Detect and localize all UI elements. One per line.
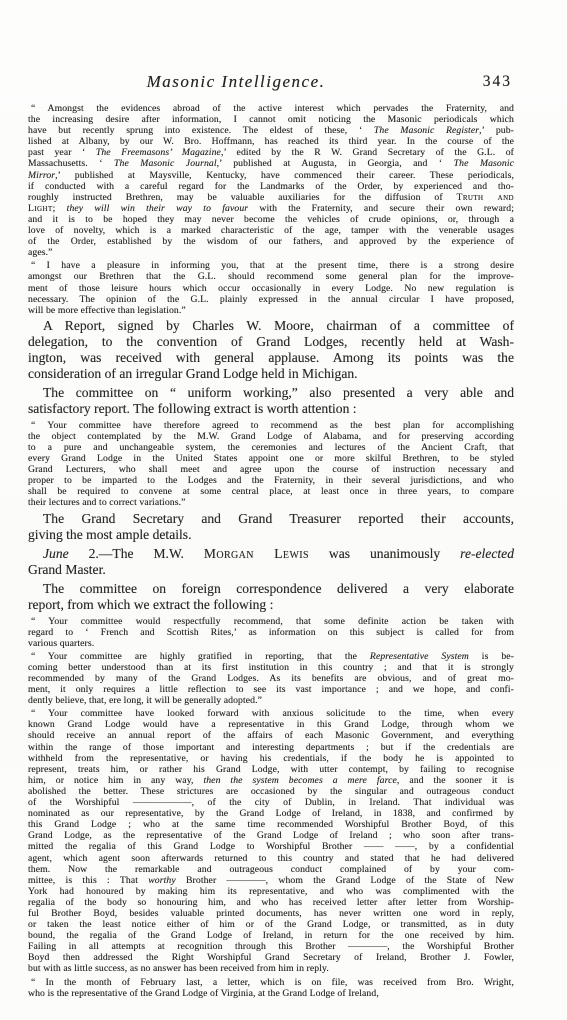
text-segment: The committee on “ uniform working,” als… bbox=[43, 385, 514, 400]
text-line: love of novelty, which is a marked chara… bbox=[28, 225, 514, 236]
text-segment: agent, which agent soon afterwards retur… bbox=[28, 853, 514, 864]
text-segment: giving the most ample details. bbox=[28, 527, 191, 542]
paragraph: “ Your committee would respectfully reco… bbox=[28, 616, 514, 649]
text-segment: of the Order, established by the wisdom … bbox=[28, 236, 514, 247]
text-line: Light; they will win their way to favour… bbox=[28, 203, 514, 214]
text-line: withheld from the representative, or hav… bbox=[28, 753, 514, 764]
text-line: but with as little success, as no answer… bbox=[28, 963, 514, 974]
text-segment: 2.—The M.W. bbox=[69, 546, 204, 561]
text-segment: the increasing desire after information,… bbox=[28, 114, 514, 125]
text-segment: Light bbox=[28, 203, 53, 214]
text-segment: delegation, to the convention of Grand L… bbox=[28, 334, 514, 349]
text-segment: but with as little success, as no answer… bbox=[28, 963, 329, 974]
paragraph: “ Your committee have therefore agreed t… bbox=[28, 420, 514, 509]
text-segment: him, or notice him in any way, bbox=[28, 775, 203, 786]
text-line: lished at Albany, by our W. Bro. Hoffman… bbox=[28, 136, 514, 147]
text-segment: “ In the month of February last, a lette… bbox=[31, 977, 514, 988]
text-segment: lished at Albany, by our W. Bro. Hoffman… bbox=[28, 136, 514, 147]
text-segment: will be more effective than legislation.… bbox=[28, 305, 186, 316]
text-segment: if conducted with a careful regard for t… bbox=[28, 181, 514, 192]
text-line: “ In the month of February last, a lette… bbox=[28, 977, 514, 988]
text-line: ment, it only requires a little reflecti… bbox=[28, 684, 514, 695]
paragraph: June 2.—The M.W. Morgan Lewis was unanim… bbox=[28, 546, 514, 578]
text-segment: worthy bbox=[148, 875, 176, 886]
text-segment: or taken the least notice either of him … bbox=[28, 919, 514, 930]
text-line: to a pure and unchangeable system, the c… bbox=[28, 442, 514, 453]
text-segment: “ Amongst the evidences abroad of the ac… bbox=[31, 103, 514, 114]
text-segment: should receive an annual report of the a… bbox=[28, 730, 514, 741]
text-segment: recommended by many of the Grand Lodges.… bbox=[28, 673, 514, 684]
text-line: abolished the better. These strictures a… bbox=[28, 786, 514, 797]
text-line: recommended by many of the Grand Lodges.… bbox=[28, 673, 514, 684]
text-line: Mirror,’ published at Maysville, Kentuck… bbox=[28, 170, 514, 181]
text-segment: regalia of the body so honouring him, an… bbox=[28, 897, 514, 908]
text-segment: The Grand Secretary and Grand Treasurer … bbox=[43, 511, 514, 526]
text-line: this Grand Lodge ; who at the same time … bbox=[28, 819, 514, 830]
text-segment: every Grand Lodge in the United States a… bbox=[28, 453, 514, 464]
text-segment: they will win their way to favour bbox=[67, 203, 248, 214]
text-segment: “ Your committee would respectfully reco… bbox=[31, 616, 514, 627]
text-line: “ Amongst the evidences abroad of the ac… bbox=[28, 103, 514, 114]
text-segment: shall be required to convene at some cen… bbox=[28, 486, 514, 497]
text-segment: have but recently sprung into existence.… bbox=[28, 125, 374, 136]
text-segment: The Freemasons’ Magazine bbox=[96, 147, 221, 158]
text-segment: Representative System bbox=[370, 651, 469, 662]
text-segment: “ Your committee have therefore agreed t… bbox=[31, 420, 514, 431]
text-line: ages.” bbox=[28, 247, 514, 258]
text-line: proper to be imparted to the Lodges and … bbox=[28, 475, 514, 486]
text-line: The committee on “ uniform working,” als… bbox=[28, 385, 514, 401]
text-segment: ington, was received with general applau… bbox=[28, 350, 514, 365]
text-line: A Report, signed by Charles W. Moore, ch… bbox=[28, 318, 514, 334]
text-line: York had honoured by making him its repr… bbox=[28, 886, 514, 897]
text-segment: withheld from the representative, or hav… bbox=[28, 753, 514, 764]
text-segment: and it is to be hoped they may never bec… bbox=[28, 214, 514, 225]
text-segment: “ I have a pleasure in informing you, th… bbox=[31, 260, 514, 271]
text-segment: “ Your committee have looked forward wit… bbox=[31, 708, 514, 719]
page-number: 343 bbox=[483, 73, 512, 91]
text-line: shall be required to convene at some cen… bbox=[28, 486, 514, 497]
text-line: report, from which we extract the follow… bbox=[28, 597, 514, 613]
text-segment: ment, it only requires a little reflecti… bbox=[28, 684, 514, 695]
text-segment: necessary. The opinion of the G.L. plain… bbox=[28, 294, 514, 305]
scanned-book-page: { "header": { "title": "Masonic Intellig… bbox=[0, 0, 567, 1020]
text-line: “ Your committee would respectfully reco… bbox=[28, 616, 514, 627]
text-line: satisfactory report. The following extra… bbox=[28, 401, 514, 417]
text-segment: Boyd then addressed the Right Worshipful… bbox=[28, 952, 514, 963]
text-segment: Brother ————, whom the Grand Lodge of th… bbox=[176, 875, 514, 886]
text-segment: Failing in all attempts at recognition t… bbox=[28, 941, 514, 952]
page-title: Masonic Intelligence. bbox=[28, 72, 514, 92]
text-line: mittee, is this : That worthy Brother ——… bbox=[28, 875, 514, 886]
text-line: Grand Lodge, as the representative of th… bbox=[28, 830, 514, 841]
text-segment: “ Your committee are highly gratified in… bbox=[31, 651, 370, 662]
text-line: coming better understood than at its fir… bbox=[28, 662, 514, 673]
text-segment: proper to be imparted to the Lodges and … bbox=[28, 475, 514, 486]
text-line: the increasing desire after information,… bbox=[28, 114, 514, 125]
text-line: delegation, to the convention of Grand L… bbox=[28, 334, 514, 350]
text-line: should receive an annual report of the a… bbox=[28, 730, 514, 741]
text-segment: ,’ published at Augusta, in Georgia, and… bbox=[217, 158, 454, 169]
text-segment: consideration of an irregular Grand Lodg… bbox=[28, 366, 358, 381]
paragraph: “ I have a pleasure in informing you, th… bbox=[28, 260, 514, 315]
text-line: regard to ‘ French and Scottish Rites,’ … bbox=[28, 627, 514, 638]
text-line: nominated as our representative, by the … bbox=[28, 808, 514, 819]
text-line: within the range of those important and … bbox=[28, 742, 514, 753]
text-line: of the Worshipful ——————, of the city of… bbox=[28, 797, 514, 808]
text-segment: Mirror bbox=[28, 170, 55, 181]
page-text: “ Amongst the evidences abroad of the ac… bbox=[28, 103, 514, 999]
text-segment: The Masonic bbox=[454, 158, 514, 169]
text-segment: them. Now the remarkable and outrageous … bbox=[28, 864, 514, 875]
text-line: ment of those leisure hours which occur … bbox=[28, 283, 514, 294]
text-segment: love of novelty, which is a marked chara… bbox=[28, 225, 514, 236]
text-segment: ; bbox=[53, 203, 67, 214]
text-line: the object contemplated by the M.W. Gran… bbox=[28, 431, 514, 442]
text-line: necessary. The opinion of the G.L. plain… bbox=[28, 294, 514, 305]
text-line: mitted the regalia of this Grand Lodge t… bbox=[28, 841, 514, 852]
paragraph: The committee on “ uniform working,” als… bbox=[28, 385, 514, 417]
paragraph: “ Your committee have looked forward wit… bbox=[28, 708, 514, 974]
text-segment: Grand Lodge, as the representative of th… bbox=[28, 830, 514, 841]
paragraph: “ Amongst the evidences abroad of the ac… bbox=[28, 103, 514, 258]
text-segment: within the range of those important and … bbox=[28, 742, 514, 753]
text-segment: amongst our Brethren that the G.L. shoul… bbox=[28, 271, 514, 282]
text-line: or taken the least notice either of him … bbox=[28, 919, 514, 930]
text-segment: June bbox=[43, 546, 69, 561]
text-segment: Grand Lecturers, who shall meet and agre… bbox=[28, 464, 514, 475]
text-segment: with the Fraternity, and secure their ow… bbox=[248, 203, 514, 214]
text-segment: The Masonic Register bbox=[374, 125, 479, 136]
text-segment: Truth and bbox=[457, 192, 514, 203]
text-line: Boyd then addressed the Right Worshipful… bbox=[28, 952, 514, 963]
text-segment: bound, the regalia of the Grand Lodge of… bbox=[28, 930, 514, 941]
text-segment: abolished the better. These strictures a… bbox=[28, 786, 514, 797]
text-segment: ages.” bbox=[28, 247, 53, 258]
text-line: him, or notice him in any way, then the … bbox=[28, 775, 514, 786]
text-line: every Grand Lodge in the United States a… bbox=[28, 453, 514, 464]
text-line: of the Order, established by the wisdom … bbox=[28, 236, 514, 247]
text-line: “ I have a pleasure in informing you, th… bbox=[28, 260, 514, 271]
text-line: ington, was received with general applau… bbox=[28, 350, 514, 366]
text-segment: mittee, is this : That bbox=[28, 875, 148, 886]
text-segment: ment of those leisure hours which occur … bbox=[28, 283, 514, 294]
text-segment: Massachusetts. ‘ bbox=[28, 158, 114, 169]
paragraph: “ Your committee are highly gratified in… bbox=[28, 651, 514, 706]
text-line: Grand Master. bbox=[28, 562, 514, 578]
text-segment: satisfactory report. The following extra… bbox=[28, 401, 357, 416]
text-line: “ Your committee are highly gratified in… bbox=[28, 651, 514, 662]
text-segment: regard to ‘ French and Scottish Rites,’ … bbox=[28, 627, 514, 638]
text-segment: Morgan Lewis bbox=[204, 546, 309, 561]
text-segment: ,’ pub- bbox=[479, 125, 514, 136]
text-line: who is the representative of the Grand L… bbox=[28, 988, 514, 999]
text-line: them. Now the remarkable and outrageous … bbox=[28, 864, 514, 875]
text-line: have but recently sprung into existence.… bbox=[28, 125, 514, 136]
page-column: Masonic Intelligence. 343 “ Amongst the … bbox=[28, 72, 514, 1001]
text-line: various quarters. bbox=[28, 638, 514, 649]
text-segment: the object contemplated by the M.W. Gran… bbox=[28, 431, 514, 442]
text-segment: various quarters. bbox=[28, 638, 94, 649]
text-line: amongst our Brethren that the G.L. shoul… bbox=[28, 271, 514, 282]
text-segment: who is the representative of the Grand L… bbox=[28, 988, 379, 999]
text-segment: of the Worshipful ——————, of the city of… bbox=[28, 797, 514, 808]
text-segment: was unanimously bbox=[309, 546, 460, 561]
text-line: The committee on foreign correspondence … bbox=[28, 581, 514, 597]
text-line: “ Your committee have therefore agreed t… bbox=[28, 420, 514, 431]
paragraph: The Grand Secretary and Grand Treasurer … bbox=[28, 511, 514, 543]
text-line: June 2.—The M.W. Morgan Lewis was unanim… bbox=[28, 546, 514, 562]
text-segment: represent, treats him, or rather his Gra… bbox=[28, 764, 514, 775]
text-segment: nominated as our representative, by the … bbox=[28, 808, 514, 819]
text-line: if conducted with a careful regard for t… bbox=[28, 181, 514, 192]
text-segment: their lectures and to correct variations… bbox=[28, 497, 186, 508]
text-segment: ,’ edited by the R W. Grand Secretary of… bbox=[221, 147, 514, 158]
text-segment: The Masonic Journal bbox=[114, 158, 217, 169]
text-line: Massachusetts. ‘ The Masonic Journal,’ p… bbox=[28, 158, 514, 169]
text-segment: dently believe, that, ere long, it will … bbox=[28, 695, 262, 706]
text-line: and it is to be hoped they may never bec… bbox=[28, 214, 514, 225]
text-segment: mitted the regalia of this Grand Lodge t… bbox=[28, 841, 514, 852]
text-line: dently believe, that, ere long, it will … bbox=[28, 695, 514, 706]
text-segment: ,’ published at Maysville, Kentucky, hav… bbox=[55, 170, 514, 181]
paragraph: The committee on foreign correspondence … bbox=[28, 581, 514, 613]
text-segment: past year ‘ bbox=[28, 147, 96, 158]
text-segment: Grand Master. bbox=[28, 562, 106, 577]
text-segment: known Grand Lodge would have a represent… bbox=[28, 719, 514, 730]
text-segment: then the system becomes a mere farce bbox=[203, 775, 396, 786]
text-segment: re-elected bbox=[460, 546, 514, 561]
text-segment: A Report, signed by Charles W. Moore, ch… bbox=[43, 318, 514, 333]
text-line: known Grand Lodge would have a represent… bbox=[28, 719, 514, 730]
running-head: Masonic Intelligence. 343 bbox=[28, 72, 514, 94]
text-line: agent, which agent soon afterwards retur… bbox=[28, 853, 514, 864]
text-line: The Grand Secretary and Grand Treasurer … bbox=[28, 511, 514, 527]
text-segment: The committee on foreign correspondence … bbox=[43, 581, 514, 596]
text-segment: to a pure and unchangeable system, the c… bbox=[28, 442, 514, 453]
paragraph: “ In the month of February last, a lette… bbox=[28, 977, 514, 999]
text-line: consideration of an irregular Grand Lodg… bbox=[28, 366, 514, 382]
text-line: giving the most ample details. bbox=[28, 527, 514, 543]
text-segment: roughly instructed Brethren, may be valu… bbox=[28, 192, 457, 203]
text-line: regalia of the body so honouring him, an… bbox=[28, 897, 514, 908]
text-segment: is be- bbox=[469, 651, 514, 662]
text-segment: coming better understood than at its fir… bbox=[28, 662, 514, 673]
text-segment: report, from which we extract the follow… bbox=[28, 597, 273, 612]
text-line: roughly instructed Brethren, may be valu… bbox=[28, 192, 514, 203]
text-line: will be more effective than legislation.… bbox=[28, 305, 514, 316]
text-line: their lectures and to correct variations… bbox=[28, 497, 514, 508]
text-segment: York had honoured by making him its repr… bbox=[28, 886, 514, 897]
text-line: Grand Lecturers, who shall meet and agre… bbox=[28, 464, 514, 475]
text-line: bound, the regalia of the Grand Lodge of… bbox=[28, 930, 514, 941]
text-line: Failing in all attempts at recognition t… bbox=[28, 941, 514, 952]
text-line: ful Brother Boyd, besides valuable print… bbox=[28, 908, 514, 919]
text-line: “ Your committee have looked forward wit… bbox=[28, 708, 514, 719]
text-segment: this Grand Lodge ; who at the same time … bbox=[28, 819, 514, 830]
text-line: represent, treats him, or rather his Gra… bbox=[28, 764, 514, 775]
paragraph: A Report, signed by Charles W. Moore, ch… bbox=[28, 318, 514, 382]
text-segment: ful Brother Boyd, besides valuable print… bbox=[28, 908, 514, 919]
text-segment: , and the sooner it is bbox=[397, 775, 514, 786]
text-line: past year ‘ The Freemasons’ Magazine,’ e… bbox=[28, 147, 514, 158]
